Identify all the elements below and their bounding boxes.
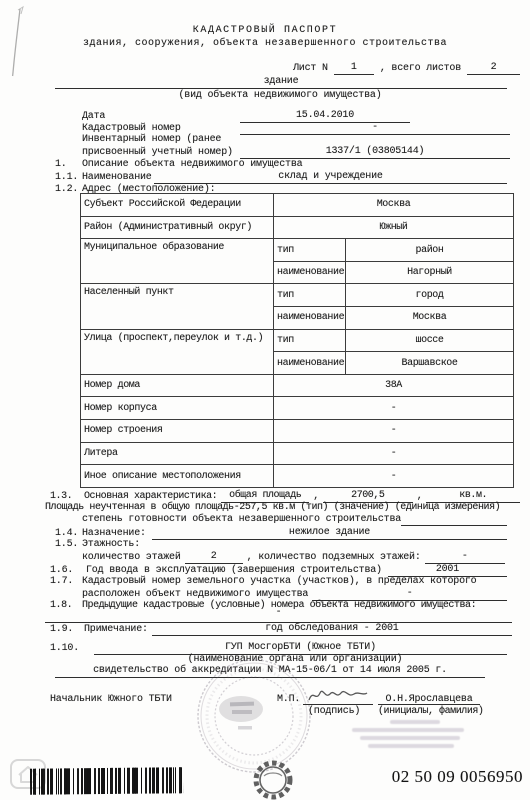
item-1-3-readiness-label: степень готовности объекта незавершенног… bbox=[82, 514, 401, 526]
district-label: Район (Административный округ) bbox=[81, 216, 274, 239]
section-1-num: 1. bbox=[55, 159, 82, 171]
building-number-value: - bbox=[274, 397, 514, 420]
item-1-1-num: 1.1. bbox=[55, 172, 82, 184]
municipal-type-label: тип bbox=[274, 239, 346, 262]
item-1-7-label-line1: Кадастровый номер земельного участка (уч… bbox=[82, 576, 476, 588]
item-1-5-label: Этажность: bbox=[82, 539, 140, 551]
item-1-1-value: склад и учреждение bbox=[154, 171, 507, 184]
table-row: Субъект Российской Федерации Москва bbox=[81, 194, 514, 217]
item-1-7-line1: 1.7. Кадастровый номер земельного участк… bbox=[50, 576, 476, 588]
document-number: 02 50 09 0056950 bbox=[392, 771, 523, 783]
blank-underline bbox=[401, 525, 507, 526]
object-kind-value: здание bbox=[55, 76, 507, 89]
item-1-3-note: Площадь неучтенная в общую площадь-257,5… bbox=[45, 502, 500, 514]
building-number-label: Номер корпуса bbox=[81, 397, 274, 420]
table-row: Муниципальное образование тип район bbox=[81, 239, 514, 262]
inventory-number-label-line1: Инвентарный номер (ранее bbox=[82, 134, 221, 146]
table-row: Литера - bbox=[81, 442, 514, 465]
inventory-number-value: 1337/1 (03805144) bbox=[240, 146, 510, 159]
address-table: Субъект Российской Федерации Москва Райо… bbox=[80, 193, 514, 488]
cadastral-number-value: - bbox=[240, 122, 510, 135]
sheet-number-line: Лист N 1 , всего листов 2 bbox=[293, 62, 520, 75]
settlement-name-value: Москва bbox=[346, 307, 514, 330]
litera-value: - bbox=[274, 442, 514, 465]
cadastral-passport-page: КАДАСТРОВЫЙ ПАСПОРТ здания, сооружения, … bbox=[0, 0, 530, 800]
street-type-label: тип bbox=[274, 329, 346, 352]
signatory-name: О.Н.Ярославцева bbox=[378, 694, 480, 705]
item-1-9-num: 1.9. bbox=[50, 624, 80, 636]
item-1-5-num: 1.5. bbox=[55, 539, 82, 551]
barcode bbox=[30, 767, 183, 795]
faint-stamp-text bbox=[352, 720, 478, 754]
handwritten-signature bbox=[305, 686, 371, 704]
house-number-label: Номер дома bbox=[81, 374, 274, 397]
floors-count-label: количество этажей bbox=[82, 552, 181, 564]
item-1-10-num: 1.10. bbox=[50, 643, 86, 655]
table-row: Иное описание местоположения - bbox=[81, 465, 514, 488]
item-1-9-value: год обследования - 2001 bbox=[152, 623, 512, 636]
signature-caption: (подпись) bbox=[308, 706, 360, 718]
item-1-7-num: 1.7. bbox=[50, 576, 82, 588]
sheet-number-value: 1 bbox=[334, 62, 374, 75]
table-row: Номер строения - bbox=[81, 420, 514, 443]
subject-value: Москва bbox=[274, 194, 514, 217]
municipal-name-label: наименование bbox=[274, 261, 346, 284]
other-location-value: - bbox=[274, 465, 514, 488]
floors-count-value: 2 bbox=[185, 551, 243, 564]
item-1-2-num: 1.2. bbox=[55, 184, 82, 196]
underground-floors-label: , количество подземных этажей: bbox=[247, 552, 421, 564]
settlement-name-label: наименование bbox=[274, 307, 346, 330]
district-value: Южный bbox=[274, 216, 514, 239]
inventory-number-line: присвоенный учетный номер) 1337/1 (03805… bbox=[82, 146, 510, 159]
street-name-label: наименование bbox=[274, 352, 346, 375]
item-1-4-value: нежилое здание bbox=[152, 527, 507, 540]
sheet-label: Лист N bbox=[293, 63, 328, 75]
section-1-heading: 1. Описание объекта недвижимого имуществ… bbox=[55, 159, 302, 171]
street-name-value: Варшавское bbox=[346, 352, 514, 375]
scalloped-seal-icon bbox=[250, 758, 296, 800]
name-caption: (инициалы, фамилия) bbox=[378, 706, 483, 718]
underground-floors-value: - bbox=[425, 551, 505, 564]
table-row: Район (Административный округ) Южный bbox=[81, 216, 514, 239]
structure-number-value: - bbox=[274, 420, 514, 443]
settlement-label: Населенный пункт bbox=[81, 284, 274, 329]
litera-label: Литера bbox=[81, 442, 274, 465]
item-1-1-line: 1.1. Наименование склад и учреждение bbox=[55, 171, 507, 184]
item-1-5-floors-line: количество этажей 2 , количество подземн… bbox=[82, 551, 505, 564]
municipal-label: Муниципальное образование bbox=[81, 239, 274, 284]
sheet-total-label: , всего листов bbox=[380, 63, 461, 75]
street-label: Улица (проспект,переулок и т.д.) bbox=[81, 329, 274, 374]
street-type-value: шоссе bbox=[346, 329, 514, 352]
item-1-9-label: Примечание: bbox=[84, 624, 148, 636]
object-kind-caption: (вид объекта недвижимого имущества) bbox=[30, 90, 530, 102]
sheet-total-value: 2 bbox=[467, 62, 520, 75]
table-row: Улица (проспект,переулок и т.д.) тип шос… bbox=[81, 329, 514, 352]
item-1-8-value: - bbox=[45, 602, 512, 623]
settlement-type-label: тип bbox=[274, 284, 346, 307]
item-1-3-readiness-line: степень готовности объекта незавершенног… bbox=[82, 514, 507, 526]
section-1-title: Описание объекта недвижимого имущества bbox=[82, 159, 302, 171]
item-1-9-line: 1.9. Примечание: год обследования - 2001 bbox=[50, 623, 512, 636]
table-row: Номер корпуса - bbox=[81, 397, 514, 420]
other-location-label: Иное описание местоположения bbox=[81, 465, 274, 488]
municipal-name-value: Нагорный bbox=[346, 261, 514, 284]
item-1-5-line: 1.5. Этажность: bbox=[55, 539, 140, 551]
page-title: КАДАСТРОВЫЙ ПАСПОРТ bbox=[0, 25, 530, 37]
settlement-type-value: город bbox=[346, 284, 514, 307]
table-row: Населенный пункт тип город bbox=[81, 284, 514, 307]
municipal-type-value: район bbox=[346, 239, 514, 262]
inventory-number-label-line2: присвоенный учетный номер) bbox=[82, 147, 240, 159]
subject-label: Субъект Российской Федерации bbox=[81, 194, 274, 217]
house-number-value: 38А bbox=[274, 374, 514, 397]
signatory-position: Начальник Южного ТБТИ bbox=[50, 694, 172, 706]
structure-number-label: Номер строения bbox=[81, 420, 274, 443]
page-subtitle: здания, сооружения, объекта незавершенно… bbox=[0, 38, 530, 50]
table-row: Номер дома 38А bbox=[81, 374, 514, 397]
item-1-1-label: Наименование bbox=[82, 172, 154, 184]
stamp-place-label: М.П. bbox=[277, 694, 300, 706]
